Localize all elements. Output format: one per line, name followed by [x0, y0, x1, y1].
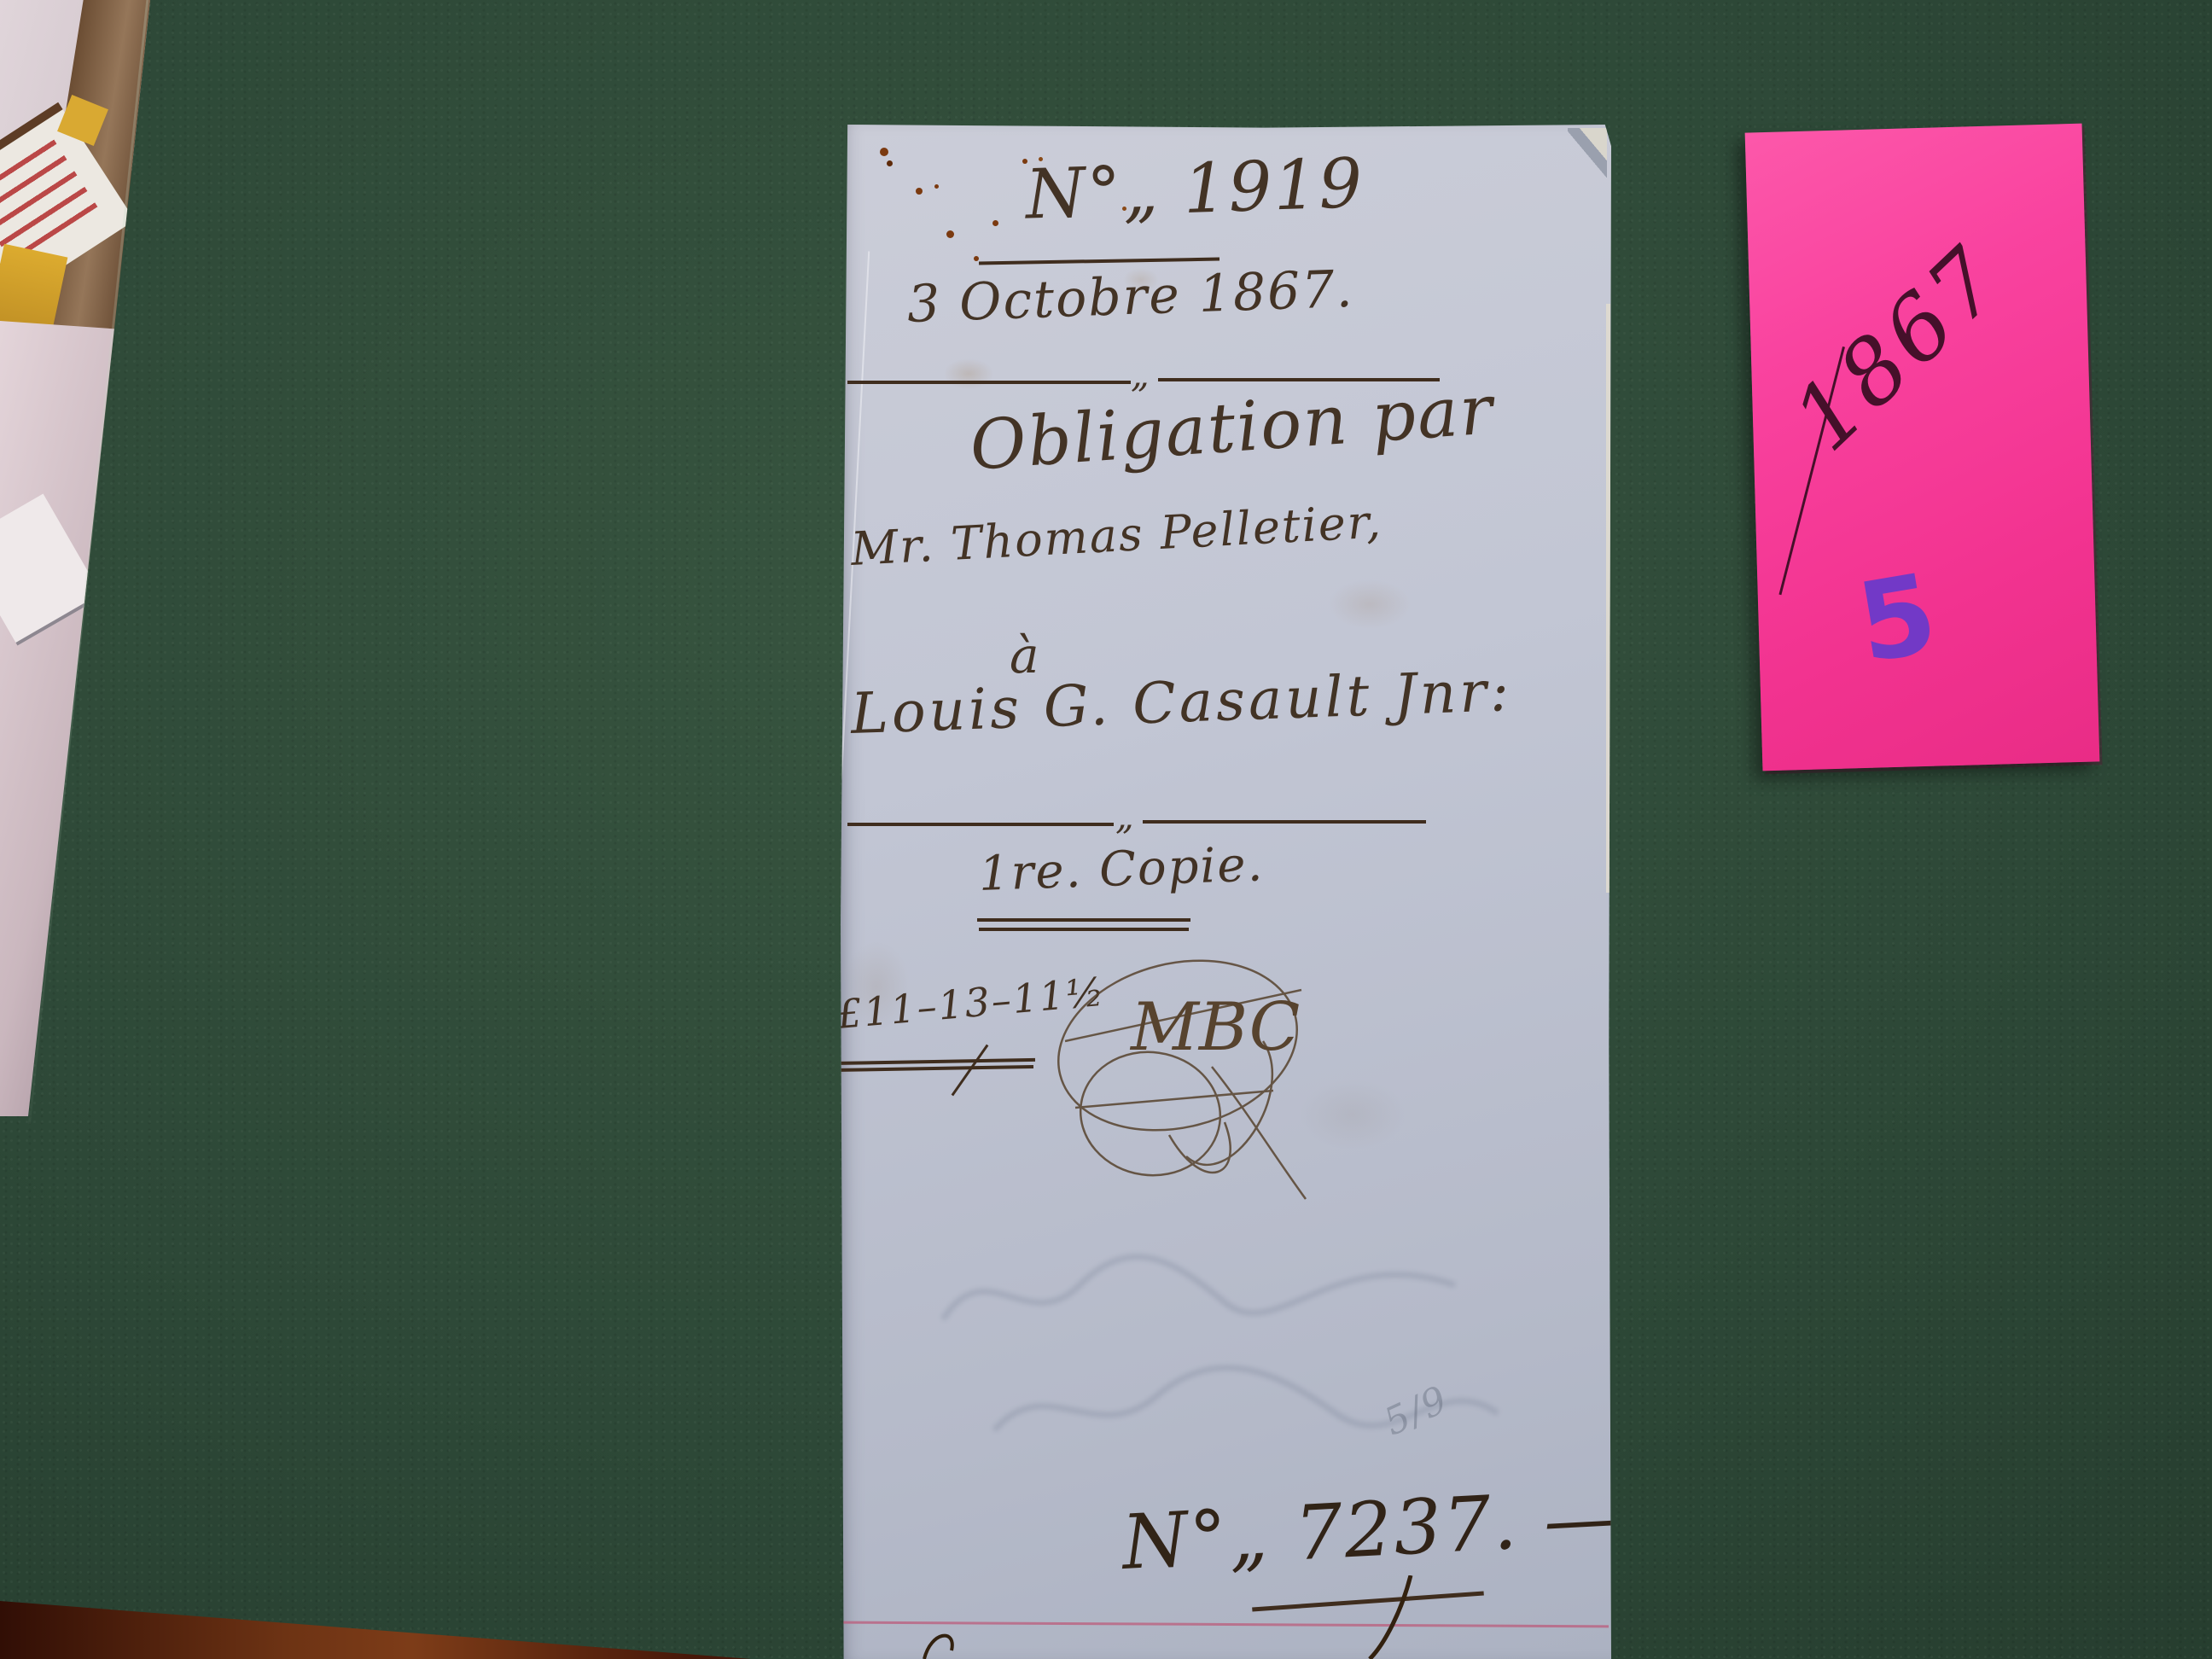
foxing-dot [992, 220, 998, 226]
copy-double-underline [979, 928, 1189, 931]
photo-scene: N°„ 1919 3 Octobre 1867. „ Obligation pa… [0, 0, 2212, 1659]
partial-letter-stroke [1359, 1575, 1428, 1659]
document-cover-page: N°„ 1919 3 Octobre 1867. „ Obligation pa… [841, 125, 1611, 1659]
foxing-dot [880, 148, 888, 156]
partial-letter-stroke [916, 1627, 1018, 1659]
amount-underline [832, 1058, 1035, 1065]
section-rule [1143, 820, 1426, 824]
registry-underline [979, 258, 1220, 265]
sticky-note-year: 1867 [1773, 225, 2023, 470]
desk-clutter [0, 0, 196, 1126]
foxing-dot [887, 160, 893, 166]
section-rule [847, 381, 1131, 384]
foxing-dot [934, 184, 939, 189]
foxing-dot [916, 188, 923, 195]
registry-number: N°„ 1919 [1014, 143, 1375, 235]
grantee-line: Louis G. Casault Jnr: [850, 658, 1514, 747]
wood-table [0, 1586, 751, 1659]
date-line: 3 Octobre 1867. [906, 259, 1352, 335]
notary-monogram: MBC [1050, 939, 1314, 1212]
rule-break-mark: „ [1131, 353, 1151, 395]
bleed-through-writing [892, 1217, 1523, 1499]
section-rule [847, 823, 1114, 826]
copy-label: 1re. Copie. [978, 836, 1265, 902]
sticky-note: 1867 5 [1745, 124, 2100, 771]
foxing-dot [946, 230, 954, 238]
grantor-line: Mr. Thomas Pelletier, [849, 494, 1383, 576]
dog-ear-fold [1568, 128, 1607, 178]
monogram-initials: MBC [1129, 989, 1300, 1066]
sticky-note-index: 5 [1849, 550, 1946, 689]
mat-edge-shadow [0, 0, 196, 1126]
rule-break-mark: „ [1115, 795, 1136, 837]
copy-double-underline [977, 918, 1190, 922]
second-sheet-edge [1606, 304, 1610, 893]
foxing-dot [974, 256, 979, 261]
title-line: Obligation par [968, 370, 1497, 486]
amount-underline [834, 1065, 1033, 1072]
amount-flourish-stroke [952, 1045, 989, 1097]
